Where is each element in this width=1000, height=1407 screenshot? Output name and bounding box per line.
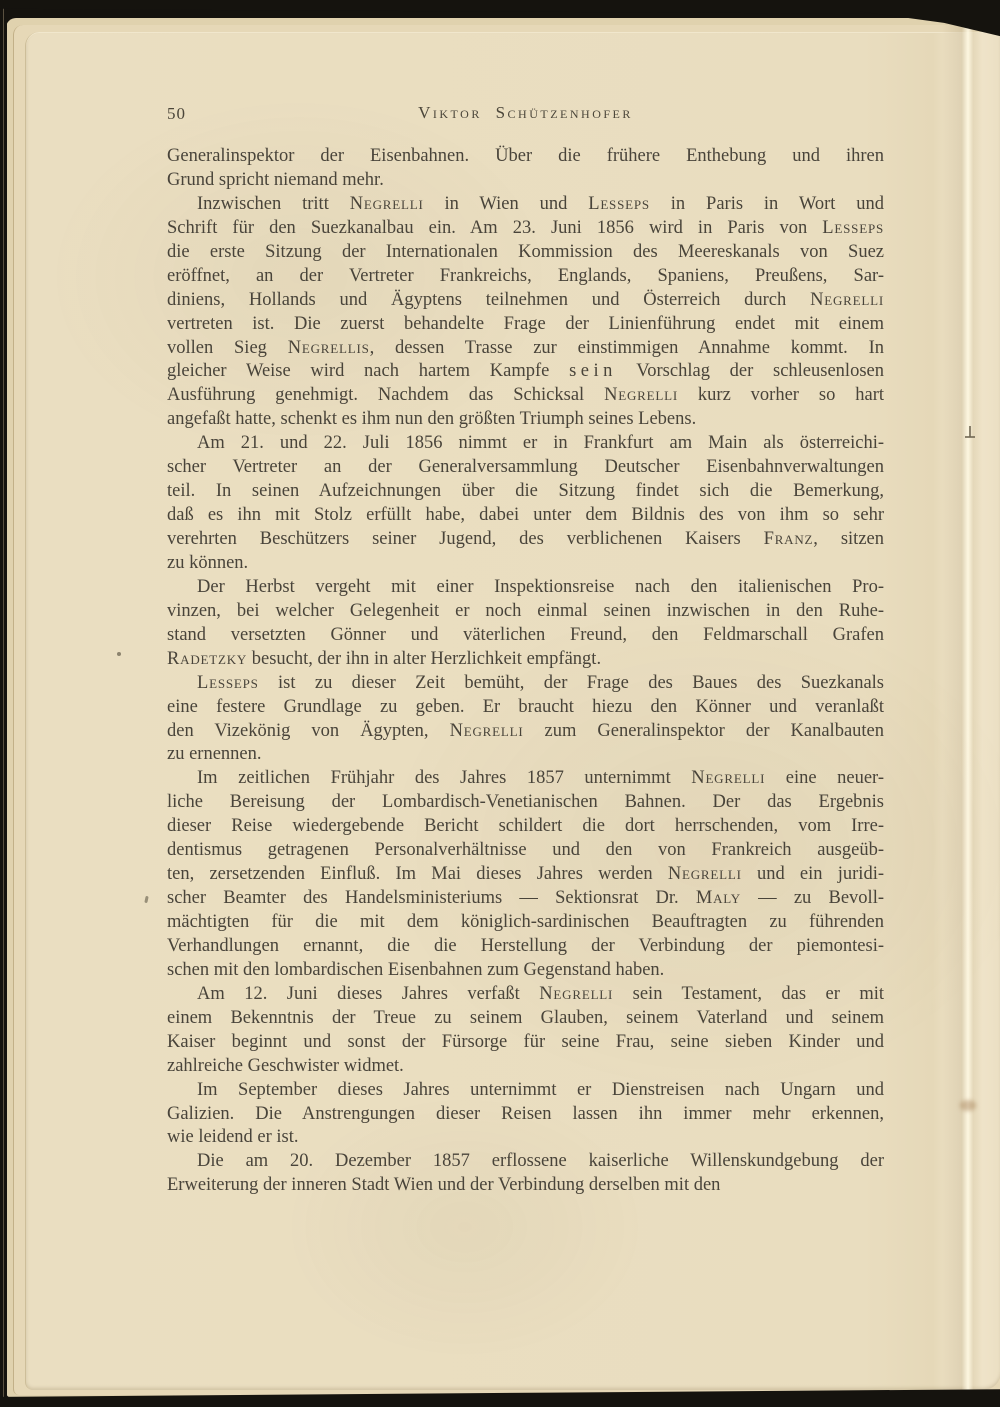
text-run: Inzwischen tritt [197,194,350,214]
text-line: die erste Sitzung der Internationalen Ko… [167,241,884,265]
text-line: Inzwischen tritt Negrelli in Wien und Le… [167,193,884,217]
paragraph: Am 21. und 22. Juli 1856 nimmt er in Fra… [167,432,884,576]
text-run: daß es ihn mit Stolz erfüllt habe, dabei… [167,505,884,525]
text-run: Im September dieses Jahres unternimmt er… [197,1080,884,1100]
paragraph: Der Herbst vergeht mit einer Inspektions… [167,576,884,672]
text-line: einem Bekenntnis der Treue zu seinem Gla… [167,1007,884,1031]
text-line: Lesseps ist zu dieser Zeit bemüht, der F… [167,672,884,696]
text-run: Im zeitlichen Frühjahr des Jahres 1857 u… [197,768,691,788]
text-run: besucht, der ihn in alter Herzlichkeit e… [247,649,601,669]
running-head: Viktor Schützenhofer [418,103,633,122]
small-caps-name: Lesseps [588,194,650,214]
text-run: Ausführung genehmigt. Nachdem das Schick… [167,385,604,405]
small-caps-name: Negrelli [691,768,765,788]
text-block: Generalinspektor der Eisenbahnen. Über d… [167,145,884,1198]
margin-dot-artifact [117,652,121,656]
text-run: Generalinspektor der Eisenbahnen. Über d… [167,146,884,166]
text-run: Verhandlungen ernannt, die die Herstellu… [167,936,884,956]
text-run: Vorschlag der schleusenlosen [617,361,884,381]
text-line: zahlreiche Geschwister widmet. [167,1055,884,1079]
text-line: zu ernennen. [167,743,884,767]
text-run: diniens, Hollands und Ägyptens teilnehme… [167,290,810,310]
text-line: Am 12. Juni dieses Jahres verfaßt Negrel… [167,983,884,1007]
text-run: stand versetzten Gönner und väterlichen … [167,625,884,645]
paragraph: Inzwischen tritt Negrelli in Wien und Le… [167,193,884,432]
text-run: gleicher Weise wird nach hartem Kampfe [167,361,569,381]
paragraph: Generalinspektor der Eisenbahnen. Über d… [167,145,884,193]
text-line: Erweiterung der inneren Stadt Wien und d… [167,1174,884,1198]
text-run: ist zu dieser Zeit bemüht, der Frage des… [259,673,884,693]
text-run: ten, zersetzenden Einfluß. Im Mai dieses… [167,864,668,884]
text-run: dentismus getragenen Personalverhältniss… [167,840,884,860]
small-caps-name: Negrelli [539,984,613,1004]
text-run: eine neuer- [765,768,884,788]
text-run: in Paris in Wort und [650,194,884,214]
text-line: stand versetzten Gönner und väterlichen … [167,624,884,648]
text-run: dieser Reise wiedergebende Bericht schil… [167,816,884,836]
text-line: Die am 20. Dezember 1857 erflossene kais… [167,1150,884,1174]
smudge-artifact [960,1100,976,1111]
text-line: angefaßt hatte, schenkt es ihm nun den g… [167,408,884,432]
text-run: scher Beamter des Handelsministeriums — … [167,888,696,908]
text-line: vinzen, bei welcher Gelegenheit er noch … [167,600,884,624]
text-run: mächtigten für die mit dem königlich-sar… [167,912,884,932]
text-run: scher Vertreter an der Generalversammlun… [167,457,884,477]
small-caps-name: Franz [764,529,814,549]
small-caps-name: Negrelli [450,721,524,741]
text-line: Kaiser beginnt und sonst der Fürsorge fü… [167,1031,884,1055]
text-run: eine festere Grundlage zu geben. Er brau… [167,697,884,717]
text-line: Im September dieses Jahres unternimmt er… [167,1079,884,1103]
text-run: Kaiser beginnt und sonst der Fürsorge fü… [167,1032,884,1052]
text-run: Erweiterung der inneren Stadt Wien und d… [167,1175,720,1195]
text-line: verehrten Beschützers seiner Jugend, des… [167,528,884,552]
small-caps-name: Lesseps [197,673,259,693]
scan-border-highlight [3,0,4,1407]
small-caps-name: Negrelli [604,385,678,405]
text-line: scher Vertreter an der Generalversammlun… [167,456,884,480]
text-run: Am 12. Juni dieses Jahres verfaßt [197,984,539,1004]
paragraph: Am 12. Juni dieses Jahres verfaßt Negrel… [167,983,884,1079]
small-caps-name: Lesseps [822,218,884,238]
text-run: vertreten ist. Die zuerst behandelte Fra… [167,314,884,334]
text-run: einem Bekenntnis der Treue zu seinem Gla… [167,1008,884,1028]
text-run: eröffnet, an der Vertreter Frankreichs, … [167,266,884,286]
text-run: schen mit den lombardischen Eisenbahnen … [167,960,664,980]
text-run: wie leidend er ist. [167,1127,299,1147]
text-run: verehrten Beschützers seiner Jugend, des… [167,529,764,549]
page-number: 50 [167,104,186,124]
text-line: Galizien. Die Anstrengungen dieser Reise… [167,1103,884,1127]
text-run: sein Testament, das er mit [613,984,884,1004]
text-line: vertreten ist. Die zuerst behandelte Fra… [167,313,884,337]
pen-mark-artifact [965,436,975,438]
text-run: liche Bereisung der Lombardisch-Venetian… [167,792,884,812]
text-run: Grund spricht niemand mehr. [167,170,384,190]
text-line: den Vizekönig von Ägypten, Negrelli zum … [167,720,884,744]
text-line: schen mit den lombardischen Eisenbahnen … [167,959,884,983]
text-line: Grund spricht niemand mehr. [167,169,884,193]
text-line: ten, zersetzenden Einfluß. Im Mai dieses… [167,863,884,887]
text-run: zu können. [167,553,248,573]
text-run: kurz vorher so hart [678,385,884,405]
text-line: eröffnet, an der Vertreter Frankreichs, … [167,265,884,289]
book-scan: 50 Viktor Schützenhofer Generalinspektor… [0,0,1000,1407]
small-caps-name: Radetzky [167,649,247,669]
text-line: Radetzky besucht, der ihn in alter Herzl… [167,648,884,672]
small-caps-name: Negrelli [350,194,424,214]
text-run: angefaßt hatte, schenkt es ihm nun den g… [167,409,696,429]
text-run: zum Generalinspektor der Kanalbauten [524,721,885,741]
text-run: die erste Sitzung der Internationalen Ko… [167,242,884,262]
paragraph: Die am 20. Dezember 1857 erflossene kais… [167,1150,884,1198]
paragraph: Im September dieses Jahres unternimmt er… [167,1079,884,1151]
text-line: Verhandlungen ernannt, die die Herstellu… [167,935,884,959]
small-caps-name: Negrelli [668,864,742,884]
text-run: den Vizekönig von Ägypten, [167,721,450,741]
page-header: 50 Viktor Schützenhofer [167,103,884,129]
text-run: zahlreiche Geschwister widmet. [167,1056,404,1076]
small-caps-name: Negrellis [288,338,370,358]
text-run: Die am 20. Dezember 1857 erflossene kais… [197,1151,884,1171]
scan-border-top [0,0,1000,20]
text-line: Generalinspektor der Eisenbahnen. Über d… [167,145,884,169]
text-run: teil. In seinen Aufzeichnungen über die … [167,481,884,501]
text-run: , dessen Trasse zur einstimmigen Annahme… [370,338,884,358]
text-line: Ausführung genehmigt. Nachdem das Schick… [167,384,884,408]
text-line: liche Bereisung der Lombardisch-Venetian… [167,791,884,815]
text-line: dieser Reise wiedergebende Bericht schil… [167,815,884,839]
text-line: teil. In seinen Aufzeichnungen über die … [167,480,884,504]
text-line: diniens, Hollands und Ägyptens teilnehme… [167,289,884,313]
text-run: in Wien und [424,194,589,214]
paragraph: Im zeitlichen Frühjahr des Jahres 1857 u… [167,767,884,982]
text-line: dentismus getragenen Personalverhältniss… [167,839,884,863]
text-line: wie leidend er ist. [167,1126,884,1150]
small-caps-name: Maly [696,888,741,908]
text-line: Im zeitlichen Frühjahr des Jahres 1857 u… [167,767,884,791]
text-line: Am 21. und 22. Juli 1856 nimmt er in Fra… [167,432,884,456]
text-run: vollen Sieg [167,338,288,358]
text-line: Schrift für den Suezkanalbau ein. Am 23.… [167,217,884,241]
text-run: Schrift für den Suezkanalbau ein. Am 23.… [167,218,822,238]
text-run: Am 21. und 22. Juli 1856 nimmt er in Fra… [197,433,884,453]
text-run: , sitzen [813,529,884,549]
letterspaced-emphasis: sein [569,361,617,381]
text-line: gleicher Weise wird nach hartem Kampfe s… [167,360,884,384]
text-run: zu ernennen. [167,744,262,764]
paragraph: Lesseps ist zu dieser Zeit bemüht, der F… [167,672,884,768]
text-line: Der Herbst vergeht mit einer Inspektions… [167,576,884,600]
text-run: Galizien. Die Anstrengungen dieser Reise… [167,1104,884,1124]
text-line: mächtigten für die mit dem königlich-sar… [167,911,884,935]
text-run: Der Herbst vergeht mit einer Inspektions… [197,577,884,597]
text-run: — zu Bevoll- [741,888,884,908]
text-run: und ein juridi- [742,864,884,884]
small-caps-name: Negrelli [810,290,884,310]
text-line: vollen Sieg Negrellis, dessen Trasse zur… [167,337,884,361]
text-line: scher Beamter des Handelsministeriums — … [167,887,884,911]
text-line: eine festere Grundlage zu geben. Er brau… [167,696,884,720]
text-run: vinzen, bei welcher Gelegenheit er noch … [167,601,884,621]
text-line: daß es ihn mit Stolz erfüllt habe, dabei… [167,504,884,528]
text-line: zu können. [167,552,884,576]
